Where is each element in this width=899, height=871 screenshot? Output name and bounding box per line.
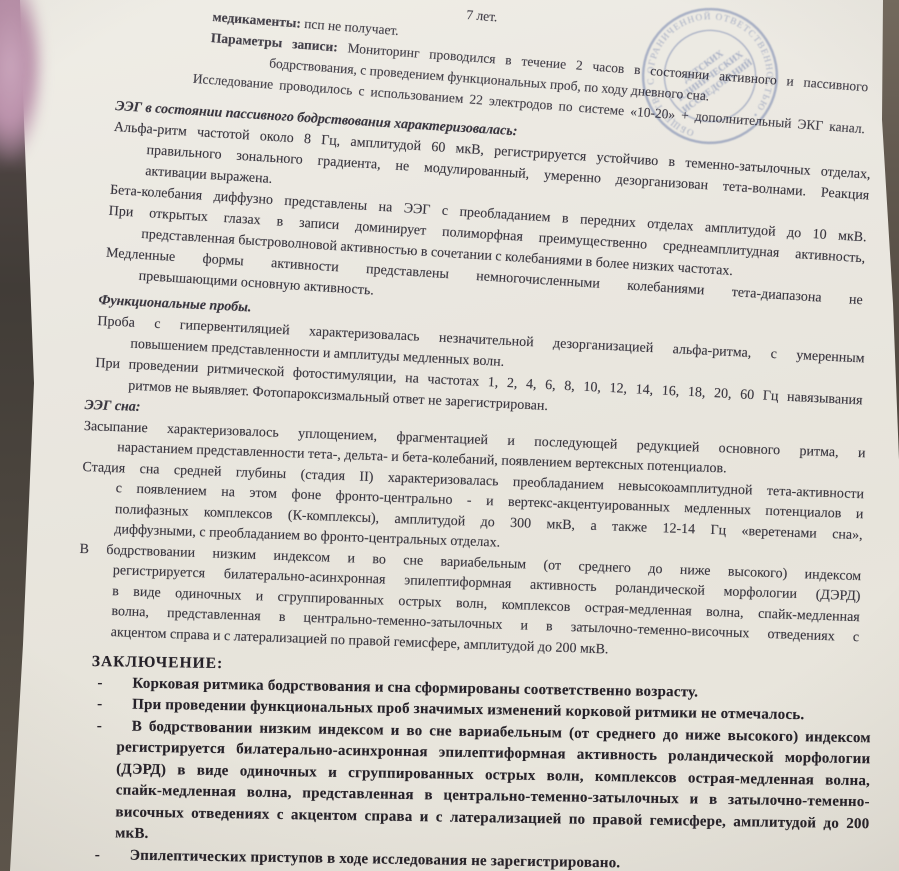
bullet-dash: -: [97, 716, 103, 738]
bullet-dash: -: [95, 845, 101, 867]
photo-of-eeg-report: { "photo": { "backdrop_color": "#5a534a"…: [0, 0, 899, 871]
bullet-dash: -: [97, 673, 103, 695]
section-eeg-sleep: ЭЭГ сна:Засыпание характеризовалось упло…: [76, 396, 866, 669]
bullet-dash: -: [97, 694, 103, 716]
section-conclusion: ЗАКЛЮЧЕНИЕ:-Корковая ритмика бодрствован…: [89, 651, 872, 871]
